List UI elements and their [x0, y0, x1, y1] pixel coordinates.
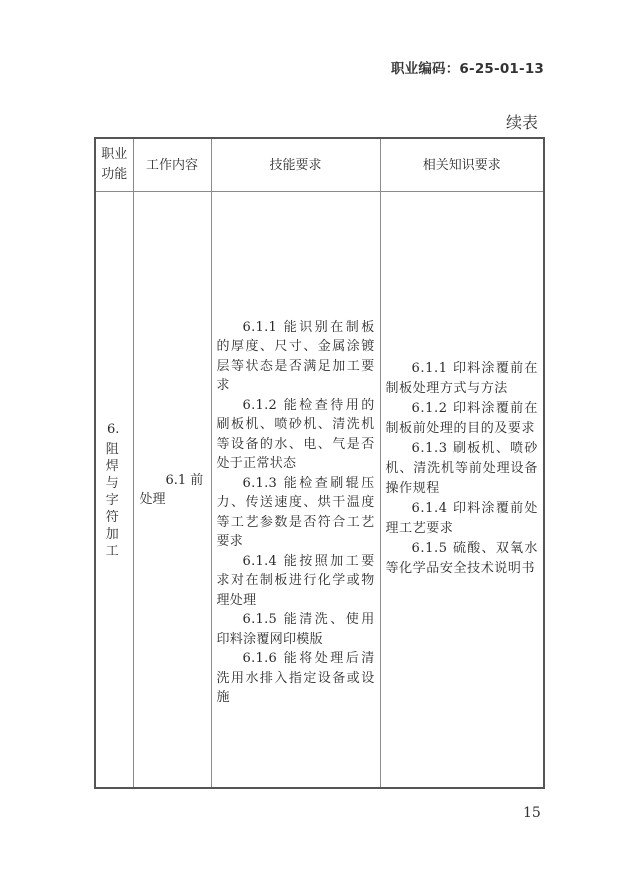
- skill-item: 6.1.4 能按照加工要求对在制板进行化学或物理处理: [217, 552, 375, 611]
- knowledge-item: 6.1.2 印料涂覆前在制板前处理的目的及要求: [386, 399, 539, 439]
- knowledge-item: 6.1.4 印料涂覆前处理工艺要求: [386, 499, 539, 539]
- header-label: 职业功能: [101, 147, 127, 182]
- page-number: 15: [523, 805, 541, 821]
- continued-table-label: 续表: [506, 110, 538, 133]
- header-occupational-function: 职业功能: [95, 138, 133, 192]
- header-skill-requirements: 技能要求: [211, 138, 380, 192]
- function-number: 6.: [96, 420, 133, 439]
- table-header-row: 职业功能 工作内容 技能要求 相关知识要求: [95, 138, 544, 192]
- skill-item: 6.1.1 能识别在制板的厚度、尺寸、金属涂镀层等状态是否满足加工要求: [217, 318, 375, 396]
- skill-item: 6.1.2 能检查待用的刷板机、喷砂机、清洗机等设备的水、电、气是否处于正常状态: [217, 396, 375, 474]
- header-work-content: 工作内容: [133, 138, 211, 192]
- function-name: 阻焊与字符加工: [105, 441, 123, 560]
- skills-standard-table: 职业功能 工作内容 技能要求 相关知识要求 6. 阻焊与字符加工 6.1 前处理…: [94, 137, 545, 789]
- table-row: 6. 阻焊与字符加工 6.1 前处理 6.1.1 能识别在制板的厚度、尺寸、金属…: [95, 192, 544, 789]
- knowledge-item: 6.1.5 硫酸、双氧水等化学品安全技术说明书: [386, 539, 539, 579]
- occupational-function-cell: 6. 阻焊与字符加工: [95, 192, 133, 789]
- skill-requirements-cell: 6.1.1 能识别在制板的厚度、尺寸、金属涂镀层等状态是否满足加工要求 6.1.…: [211, 192, 380, 789]
- header-knowledge-requirements: 相关知识要求: [380, 138, 544, 192]
- skill-item: 6.1.5 能清洗、使用印料涂覆网印模版: [217, 610, 375, 649]
- occupation-code: 职业编码：6-25-01-13: [391, 57, 544, 77]
- knowledge-requirements-cell: 6.1.1 印料涂覆前在制板处理方式与方法 6.1.2 印料涂覆前在制板前处理的…: [380, 192, 544, 789]
- skill-item: 6.1.6 能将处理后清洗用水排入指定设备或设施: [217, 649, 375, 708]
- skill-item: 6.1.3 能检查刷辊压力、传送速度、烘干温度等工艺参数是否符合工艺要求: [217, 474, 375, 552]
- knowledge-item: 6.1.1 印料涂覆前在制板处理方式与方法: [386, 359, 539, 399]
- work-content-cell: 6.1 前处理: [133, 192, 211, 789]
- knowledge-item: 6.1.3 刷板机、喷砂机、清洗机等前处理设备操作规程: [386, 439, 539, 499]
- work-content-text: 6.1 前处理: [140, 471, 205, 509]
